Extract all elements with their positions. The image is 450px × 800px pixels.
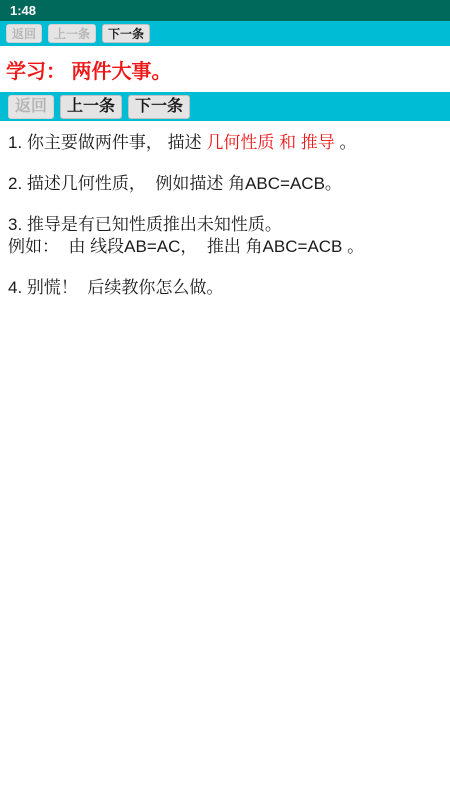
lesson-item-1-highlight: 几何性质 和 推导 bbox=[206, 133, 334, 152]
main-next-button[interactable]: 下一条 bbox=[128, 95, 190, 119]
main-toolbar: 返回 上一条 下一条 bbox=[0, 92, 450, 121]
lesson-item-3-line1: 3. 推导是有已知性质推出未知性质。 bbox=[8, 215, 282, 234]
lesson-content: 1. 你主要做两件事， 描述 几何性质 和 推导 。 2. 描述几何性质， 例如… bbox=[0, 121, 450, 800]
lesson-item-3-line2: 例如： 由 线段AB=AC， 推出 角ABC=ACB 。 bbox=[8, 237, 364, 256]
lesson-item-2: 2. 描述几何性质， 例如描述 角ABC=ACB。 bbox=[8, 173, 442, 195]
top-toolbar: 返回 上一条 下一条 bbox=[0, 21, 450, 46]
status-bar-clock: 1:48 bbox=[10, 3, 36, 18]
page-title: 学习： 两件大事。 bbox=[6, 61, 172, 83]
top-previous-button[interactable]: 上一条 bbox=[48, 24, 96, 43]
lesson-item-1-text: 1. 你主要做两件事， 描述 bbox=[8, 133, 206, 152]
lesson-item-1: 1. 你主要做两件事， 描述 几何性质 和 推导 。 bbox=[8, 132, 442, 154]
main-back-button[interactable]: 返回 bbox=[8, 95, 54, 119]
title-band: 学习： 两件大事。 bbox=[0, 46, 450, 92]
lesson-item-3: 3. 推导是有已知性质推出未知性质。例如： 由 线段AB=AC， 推出 角ABC… bbox=[8, 214, 442, 258]
main-previous-button[interactable]: 上一条 bbox=[60, 95, 122, 119]
top-next-button[interactable]: 下一条 bbox=[102, 24, 150, 43]
lesson-item-4: 4. 别慌！ 后续教你怎么做。 bbox=[8, 277, 442, 299]
top-back-button[interactable]: 返回 bbox=[6, 24, 42, 43]
app-screen: 1:48 返回 上一条 下一条 学习： 两件大事。 返回 上一条 下一条 1. … bbox=[0, 0, 450, 800]
status-bar: 1:48 bbox=[0, 0, 450, 21]
lesson-item-1-suffix: 。 bbox=[335, 133, 357, 152]
